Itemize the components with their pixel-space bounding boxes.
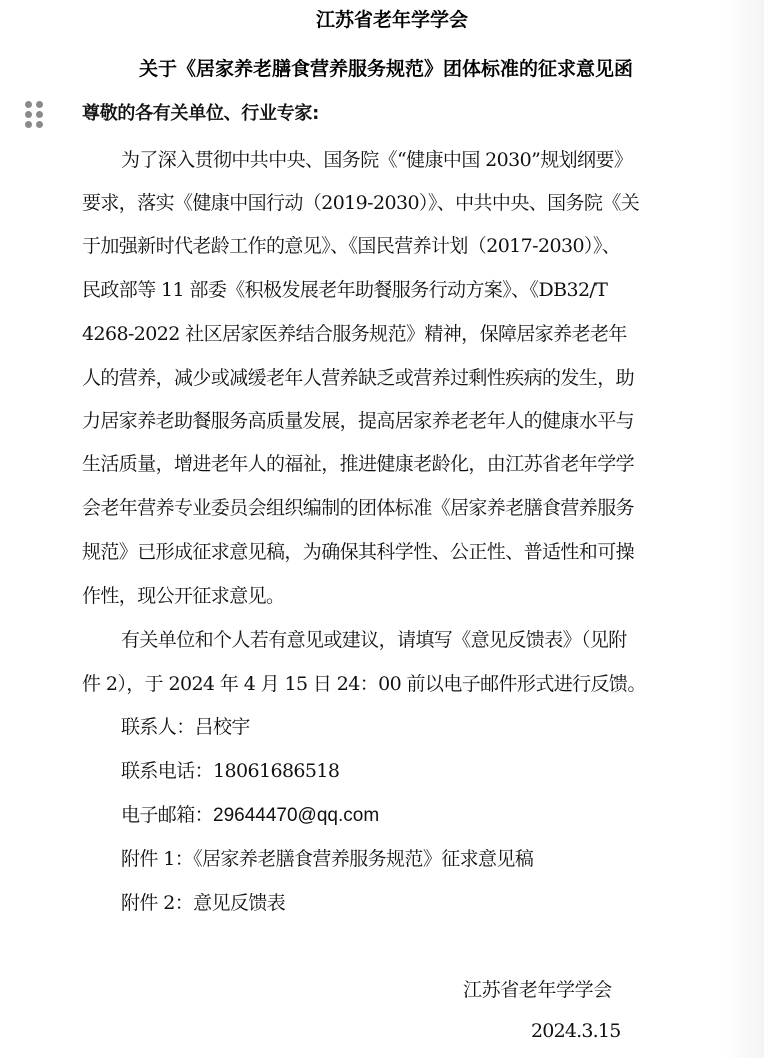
paragraph-line: 生活质量，增进老年人的福祉，推进健康老龄化，由江苏省老年学学 bbox=[82, 450, 662, 478]
contact-phone-label: 联系电话： bbox=[121, 760, 213, 782]
drag-dot bbox=[25, 121, 32, 128]
attachment-item: 附件 1：《居家养老膳食营养服务规范》征求意见稿 bbox=[121, 845, 701, 873]
paragraph-line: 民政部等 11 部委《积极发展老年助餐服务行动方案》、《DB32/T bbox=[82, 276, 662, 304]
paragraph-line: 规范》已形成征求意见稿，为确保其科学性、公正性、普适性和可操 bbox=[82, 538, 662, 566]
contact-email-label: 电子邮箱： bbox=[121, 804, 213, 826]
drag-handle-icon[interactable] bbox=[25, 101, 43, 129]
contact-phone: 联系电话：18061686518 bbox=[121, 757, 701, 785]
paragraph-line: 为了深入贯彻中共中央、国务院《“健康中国 2030”规划纲要》 bbox=[121, 146, 701, 174]
organization-header: 江苏省老年学学会 bbox=[10, 6, 764, 34]
paragraph-line: 有关单位和个人若有意见或建议，请填写《意见反馈表》（见附 bbox=[121, 626, 701, 654]
attachment-item: 附件 2：意见反馈表 bbox=[121, 889, 701, 917]
drag-dot bbox=[25, 111, 32, 118]
drag-dot bbox=[25, 101, 32, 108]
paragraph-line: 人的营养，减少或减缓老年人营养缺乏或营养过剩性疾病的发生，助 bbox=[82, 364, 662, 392]
contact-phone-value: 18061686518 bbox=[213, 760, 339, 782]
contact-email-value: 29644470@qq.com bbox=[213, 805, 379, 826]
salutation: 尊敬的各有关单位、行业专家: bbox=[82, 100, 319, 128]
paragraph-line: 会老年营养专业委员会组织编制的团体标准《居家养老膳食营养服务 bbox=[82, 494, 662, 522]
contact-person: 联系人：吕校宇 bbox=[121, 713, 701, 741]
signature-date: 2024.3.15 bbox=[531, 1017, 621, 1045]
contact-email: 电子邮箱：29644470@qq.com bbox=[121, 801, 701, 830]
document-title: 关于《居家养老膳食营养服务规范》团体标准的征求意见函 bbox=[4, 55, 764, 83]
signature-organization: 江苏省老年学学会 bbox=[463, 976, 612, 1004]
drag-dot bbox=[36, 111, 43, 118]
page-edge-shadow bbox=[724, 0, 764, 1058]
contact-person-value: 吕校宇 bbox=[195, 716, 250, 738]
drag-dot bbox=[36, 121, 43, 128]
paragraph-line: 件 2），于 2024 年 4 月 15 日 24：00 前以电子邮件形式进行反… bbox=[82, 670, 662, 698]
contact-person-label: 联系人： bbox=[121, 716, 195, 738]
paragraph-line: 力居家养老助餐服务高质量发展，提高居家养老老年人的健康水平与 bbox=[82, 407, 662, 435]
paragraph-line: 作性，现公开征求意见。 bbox=[82, 582, 662, 610]
drag-dot bbox=[36, 101, 43, 108]
paragraph-line: 4268-2022 社区居家医养结合服务规范》精神，保障居家养老老年 bbox=[82, 320, 662, 348]
paragraph-line: 于加强新时代老龄工作的意见》、《国民营养计划（2017-2030）》、 bbox=[82, 232, 662, 260]
paragraph-line: 要求，落实《健康中国行动（2019-2030）》、中共中央、国务院《关 bbox=[82, 189, 662, 217]
